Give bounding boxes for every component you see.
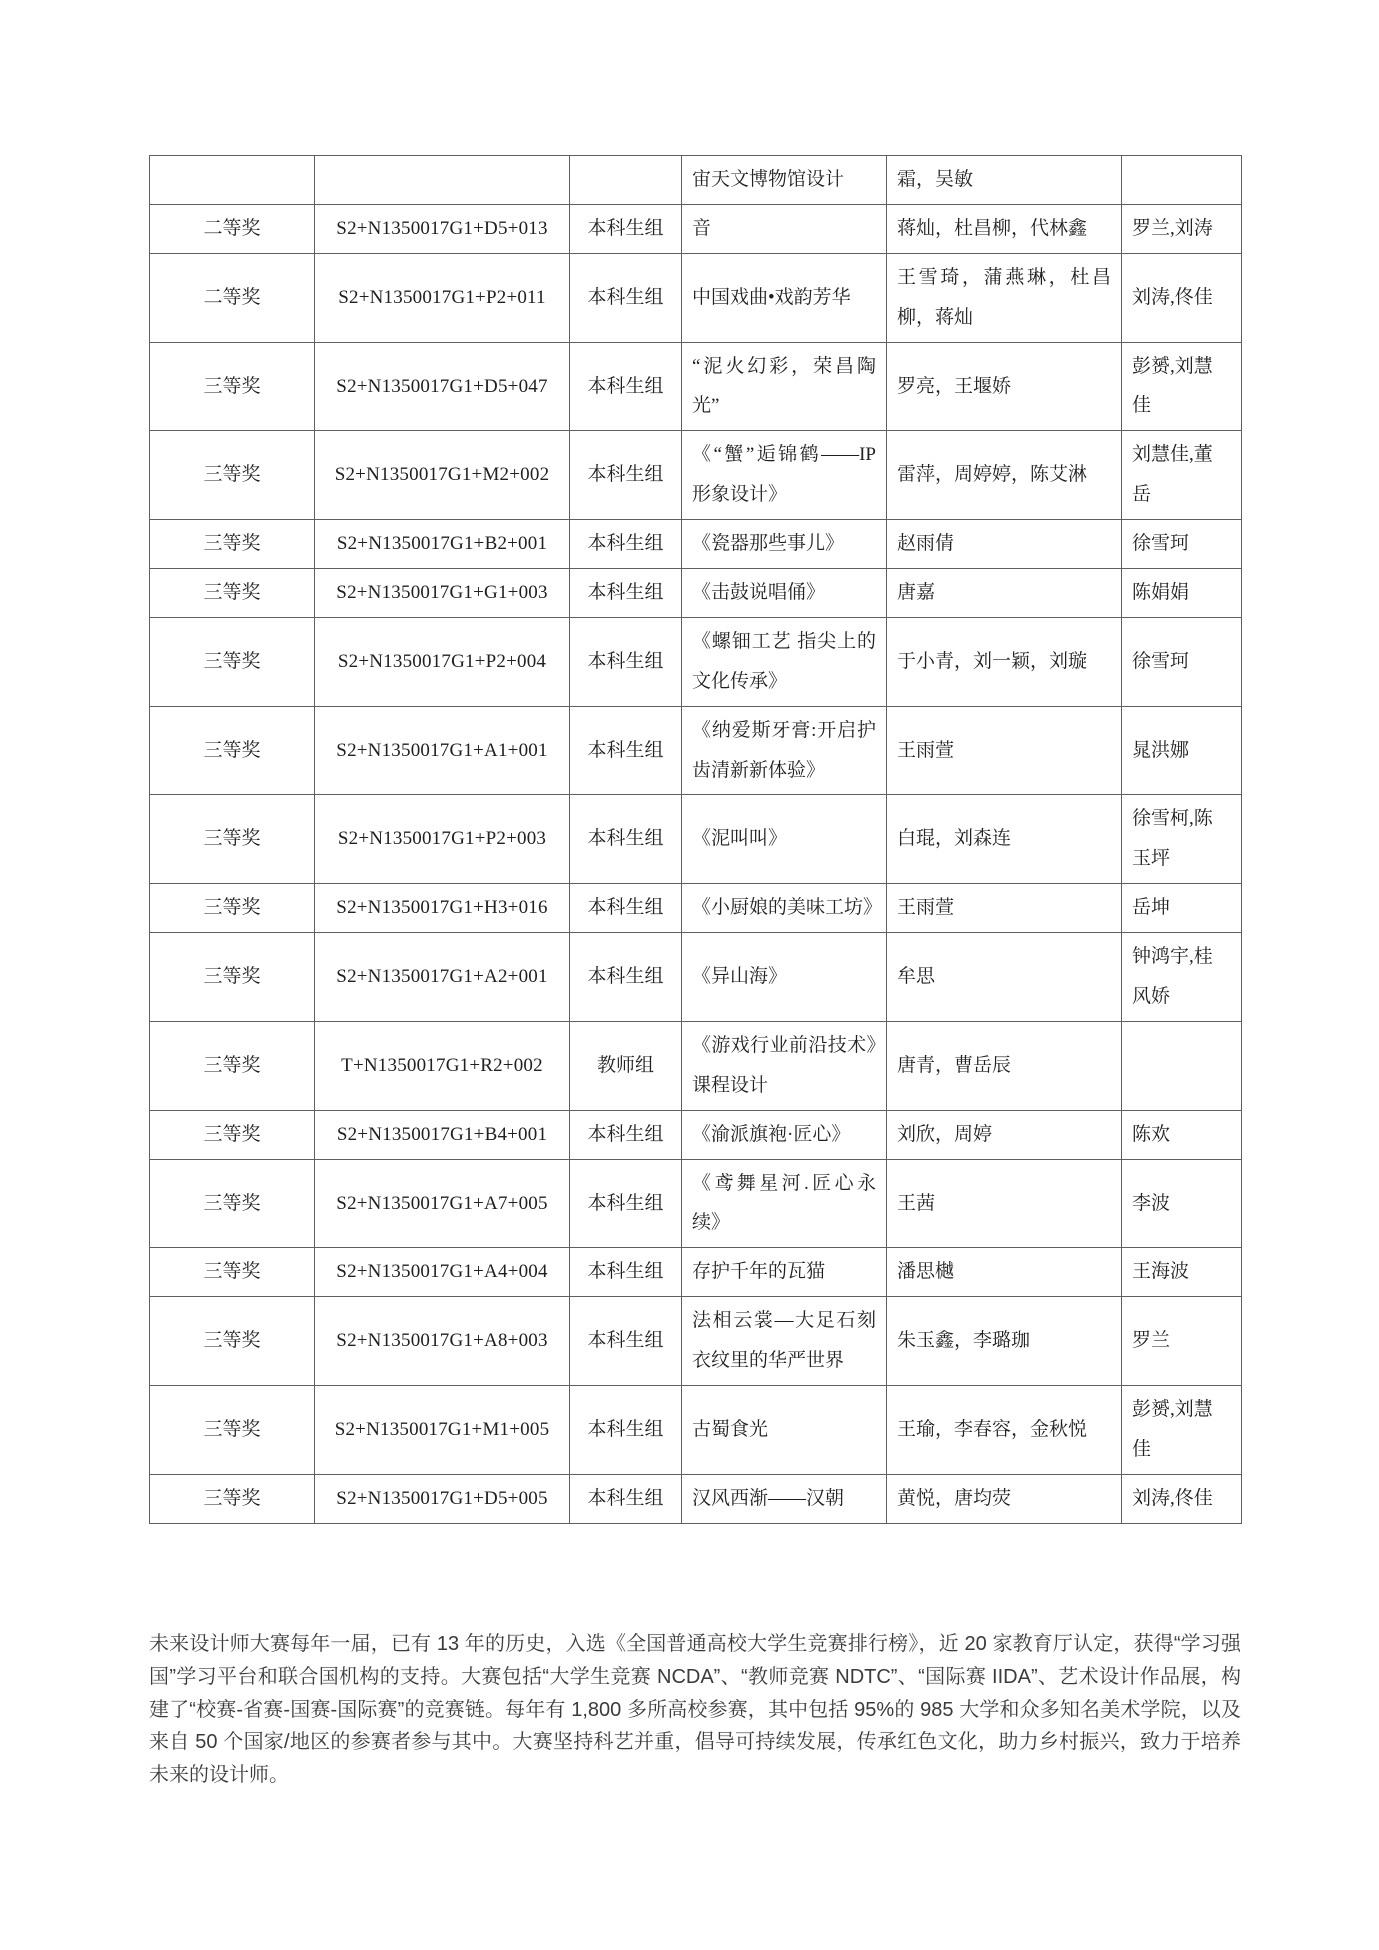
award-table-row: 二等奖 S2+N1350017G1+P2+011 本科生组 中国戏曲•戏韵芳华 … [150, 253, 1242, 342]
group-cell: 本科生组 [570, 253, 682, 342]
authors-cell: 牟思 [887, 933, 1122, 1022]
entry-code-cell: S2+N1350017G1+D5+005 [315, 1474, 570, 1523]
award-level-cell: 三等奖 [150, 342, 315, 431]
authors-cell: 白琨，刘森连 [887, 795, 1122, 884]
authors-cell: 雷萍，周婷婷，陈艾淋 [887, 431, 1122, 520]
work-title-cell: “泥火幻彩，荣昌陶光” [682, 342, 887, 431]
award-table-row: 三等奖 S2+N1350017G1+A1+001 本科生组 《纳爱斯牙膏:开启护… [150, 706, 1242, 795]
group-cell: 本科生组 [570, 569, 682, 618]
authors-cell: 赵雨倩 [887, 520, 1122, 569]
group-cell: 本科生组 [570, 1159, 682, 1248]
work-title-cell: 《游戏行业前沿技术》课程设计 [682, 1021, 887, 1110]
competition-intro-paragraph: 未来设计师大赛每年一届，已有 13 年的历史，入选《全国普通高校大学生竞赛排行榜… [149, 1628, 1241, 1792]
group-cell [570, 156, 682, 205]
advisors-cell: 陈娟娟 [1122, 569, 1242, 618]
authors-cell: 潘思樾 [887, 1248, 1122, 1297]
group-cell: 本科生组 [570, 1297, 682, 1386]
entry-code-cell: T+N1350017G1+R2+002 [315, 1021, 570, 1110]
advisors-cell: 徐雪珂 [1122, 520, 1242, 569]
award-level-cell: 三等奖 [150, 706, 315, 795]
work-title-cell: 《螺钿工艺 指尖上的文化传承》 [682, 617, 887, 706]
award-table-row: 三等奖 S2+N1350017G1+H3+016 本科生组 《小厨娘的美味工坊》… [150, 884, 1242, 933]
authors-cell: 罗亮，王堰娇 [887, 342, 1122, 431]
group-cell: 本科生组 [570, 795, 682, 884]
award-level-cell: 三等奖 [150, 1386, 315, 1475]
work-title-cell: 古蜀食光 [682, 1386, 887, 1475]
award-level-cell: 三等奖 [150, 1297, 315, 1386]
award-table-row: 三等奖 S2+N1350017G1+A2+001 本科生组 《异山海》 牟思 钟… [150, 933, 1242, 1022]
advisors-cell: 晁洪娜 [1122, 706, 1242, 795]
advisors-cell: 李波 [1122, 1159, 1242, 1248]
award-level-cell: 三等奖 [150, 933, 315, 1022]
entry-code-cell: S2+N1350017G1+A7+005 [315, 1159, 570, 1248]
award-table-row: 三等奖 S2+N1350017G1+D5+005 本科生组 汉风西渐——汉朝 黄… [150, 1474, 1242, 1523]
work-title-cell: 宙天文博物馆设计 [682, 156, 887, 205]
entry-code-cell: S2+N1350017G1+P2+004 [315, 617, 570, 706]
advisors-cell: 徐雪柯,陈玉坪 [1122, 795, 1242, 884]
advisors-cell: 彭赟,刘慧佳 [1122, 1386, 1242, 1475]
advisors-cell: 罗兰,刘涛 [1122, 204, 1242, 253]
entry-code-cell: S2+N1350017G1+B2+001 [315, 520, 570, 569]
authors-cell: 王瑜，李春容，金秋悦 [887, 1386, 1122, 1475]
authors-cell: 王雨萱 [887, 884, 1122, 933]
award-level-cell: 三等奖 [150, 1474, 315, 1523]
award-table-row: 三等奖 S2+N1350017G1+A7+005 本科生组 《鸢舞星河.匠心永续… [150, 1159, 1242, 1248]
work-title-cell: 法相云裳—大足石刻衣纹里的华严世界 [682, 1297, 887, 1386]
entry-code-cell: S2+N1350017G1+G1+003 [315, 569, 570, 618]
award-level-cell: 三等奖 [150, 520, 315, 569]
award-level-cell: 三等奖 [150, 1021, 315, 1110]
award-level-cell: 二等奖 [150, 204, 315, 253]
award-level-cell [150, 156, 315, 205]
group-cell: 本科生组 [570, 617, 682, 706]
group-cell: 教师组 [570, 1021, 682, 1110]
entry-code-cell: S2+N1350017G1+M2+002 [315, 431, 570, 520]
document-page: 宙天文博物馆设计 霜，吴敏 二等奖 S2+N1350017G1+D5+013 本… [0, 0, 1379, 1950]
entry-code-cell: S2+N1350017G1+M1+005 [315, 1386, 570, 1475]
advisors-cell: 岳坤 [1122, 884, 1242, 933]
award-table-row: 三等奖 S2+N1350017G1+M1+005 本科生组 古蜀食光 王瑜，李春… [150, 1386, 1242, 1475]
authors-cell: 朱玉鑫，李璐珈 [887, 1297, 1122, 1386]
advisors-cell: 钟鸿宇,桂风娇 [1122, 933, 1242, 1022]
work-title-cell: 汉风西渐——汉朝 [682, 1474, 887, 1523]
group-cell: 本科生组 [570, 884, 682, 933]
award-level-cell: 三等奖 [150, 1159, 315, 1248]
advisors-cell: 刘慧佳,董岳 [1122, 431, 1242, 520]
entry-code-cell: S2+N1350017G1+D5+013 [315, 204, 570, 253]
advisors-cell: 刘涛,佟佳 [1122, 1474, 1242, 1523]
work-title-cell: 《击鼓说唱俑》 [682, 569, 887, 618]
award-level-cell: 三等奖 [150, 569, 315, 618]
award-table-row: 三等奖 S2+N1350017G1+A4+004 本科生组 存护千年的瓦猫 潘思… [150, 1248, 1242, 1297]
authors-cell: 王雪琦，蒲燕琳，杜昌柳，蒋灿 [887, 253, 1122, 342]
award-level-cell: 三等奖 [150, 431, 315, 520]
group-cell: 本科生组 [570, 1386, 682, 1475]
entry-code-cell: S2+N1350017G1+P2+011 [315, 253, 570, 342]
advisors-cell [1122, 1021, 1242, 1110]
group-cell: 本科生组 [570, 342, 682, 431]
award-table-row: 二等奖 S2+N1350017G1+D5+013 本科生组 音 蒋灿，杜昌柳，代… [150, 204, 1242, 253]
award-table-row: 三等奖 S2+N1350017G1+B2+001 本科生组 《瓷器那些事儿》 赵… [150, 520, 1242, 569]
work-title-cell: 《渝派旗袍·匠心》 [682, 1110, 887, 1159]
authors-cell: 黄悦，唐均荧 [887, 1474, 1122, 1523]
group-cell: 本科生组 [570, 933, 682, 1022]
authors-cell: 王雨萱 [887, 706, 1122, 795]
authors-cell: 王茜 [887, 1159, 1122, 1248]
work-title-cell: 《鸢舞星河.匠心永续》 [682, 1159, 887, 1248]
award-level-cell: 三等奖 [150, 1110, 315, 1159]
entry-code-cell: S2+N1350017G1+B4+001 [315, 1110, 570, 1159]
work-title-cell: 《“蟹”逅锦鹤——IP 形象设计》 [682, 431, 887, 520]
entry-code-cell [315, 156, 570, 205]
award-level-cell: 三等奖 [150, 795, 315, 884]
award-level-cell: 三等奖 [150, 1248, 315, 1297]
award-table-row: 三等奖 T+N1350017G1+R2+002 教师组 《游戏行业前沿技术》课程… [150, 1021, 1242, 1110]
awards-table: 宙天文博物馆设计 霜，吴敏 二等奖 S2+N1350017G1+D5+013 本… [149, 155, 1242, 1524]
award-table-row: 宙天文博物馆设计 霜，吴敏 [150, 156, 1242, 205]
advisors-cell: 王海波 [1122, 1248, 1242, 1297]
authors-cell: 霜，吴敏 [887, 156, 1122, 205]
award-table-row: 三等奖 S2+N1350017G1+P2+003 本科生组 《泥叫叫》 白琨，刘… [150, 795, 1242, 884]
authors-cell: 唐青，曹岳辰 [887, 1021, 1122, 1110]
award-level-cell: 三等奖 [150, 884, 315, 933]
group-cell: 本科生组 [570, 1110, 682, 1159]
entry-code-cell: S2+N1350017G1+A8+003 [315, 1297, 570, 1386]
advisors-cell: 徐雪珂 [1122, 617, 1242, 706]
award-table-row: 三等奖 S2+N1350017G1+A8+003 本科生组 法相云裳—大足石刻衣… [150, 1297, 1242, 1386]
work-title-cell: 存护千年的瓦猫 [682, 1248, 887, 1297]
advisors-cell: 陈欢 [1122, 1110, 1242, 1159]
work-title-cell: 音 [682, 204, 887, 253]
authors-cell: 刘欣，周婷 [887, 1110, 1122, 1159]
work-title-cell: 《小厨娘的美味工坊》 [682, 884, 887, 933]
group-cell: 本科生组 [570, 431, 682, 520]
authors-cell: 于小青，刘一颖，刘璇 [887, 617, 1122, 706]
entry-code-cell: S2+N1350017G1+A2+001 [315, 933, 570, 1022]
work-title-cell: 《泥叫叫》 [682, 795, 887, 884]
entry-code-cell: S2+N1350017G1+H3+016 [315, 884, 570, 933]
entry-code-cell: S2+N1350017G1+D5+047 [315, 342, 570, 431]
authors-cell: 唐嘉 [887, 569, 1122, 618]
authors-cell: 蒋灿，杜昌柳，代林鑫 [887, 204, 1122, 253]
work-title-cell: 中国戏曲•戏韵芳华 [682, 253, 887, 342]
work-title-cell: 《异山海》 [682, 933, 887, 1022]
award-table-row: 三等奖 S2+N1350017G1+P2+004 本科生组 《螺钿工艺 指尖上的… [150, 617, 1242, 706]
group-cell: 本科生组 [570, 520, 682, 569]
award-table-row: 三等奖 S2+N1350017G1+D5+047 本科生组 “泥火幻彩，荣昌陶光… [150, 342, 1242, 431]
advisors-cell: 刘涛,佟佳 [1122, 253, 1242, 342]
group-cell: 本科生组 [570, 1474, 682, 1523]
group-cell: 本科生组 [570, 1248, 682, 1297]
advisors-cell [1122, 156, 1242, 205]
advisors-cell: 彭赟,刘慧佳 [1122, 342, 1242, 431]
entry-code-cell: S2+N1350017G1+P2+003 [315, 795, 570, 884]
award-level-cell: 二等奖 [150, 253, 315, 342]
group-cell: 本科生组 [570, 706, 682, 795]
group-cell: 本科生组 [570, 204, 682, 253]
award-table-row: 三等奖 S2+N1350017G1+G1+003 本科生组 《击鼓说唱俑》 唐嘉… [150, 569, 1242, 618]
award-level-cell: 三等奖 [150, 617, 315, 706]
award-table-row: 三等奖 S2+N1350017G1+B4+001 本科生组 《渝派旗袍·匠心》 … [150, 1110, 1242, 1159]
work-title-cell: 《瓷器那些事儿》 [682, 520, 887, 569]
award-table-row: 三等奖 S2+N1350017G1+M2+002 本科生组 《“蟹”逅锦鹤——I… [150, 431, 1242, 520]
entry-code-cell: S2+N1350017G1+A4+004 [315, 1248, 570, 1297]
awards-table-body: 宙天文博物馆设计 霜，吴敏 二等奖 S2+N1350017G1+D5+013 本… [150, 156, 1242, 1524]
work-title-cell: 《纳爱斯牙膏:开启护齿清新新体验》 [682, 706, 887, 795]
entry-code-cell: S2+N1350017G1+A1+001 [315, 706, 570, 795]
advisors-cell: 罗兰 [1122, 1297, 1242, 1386]
